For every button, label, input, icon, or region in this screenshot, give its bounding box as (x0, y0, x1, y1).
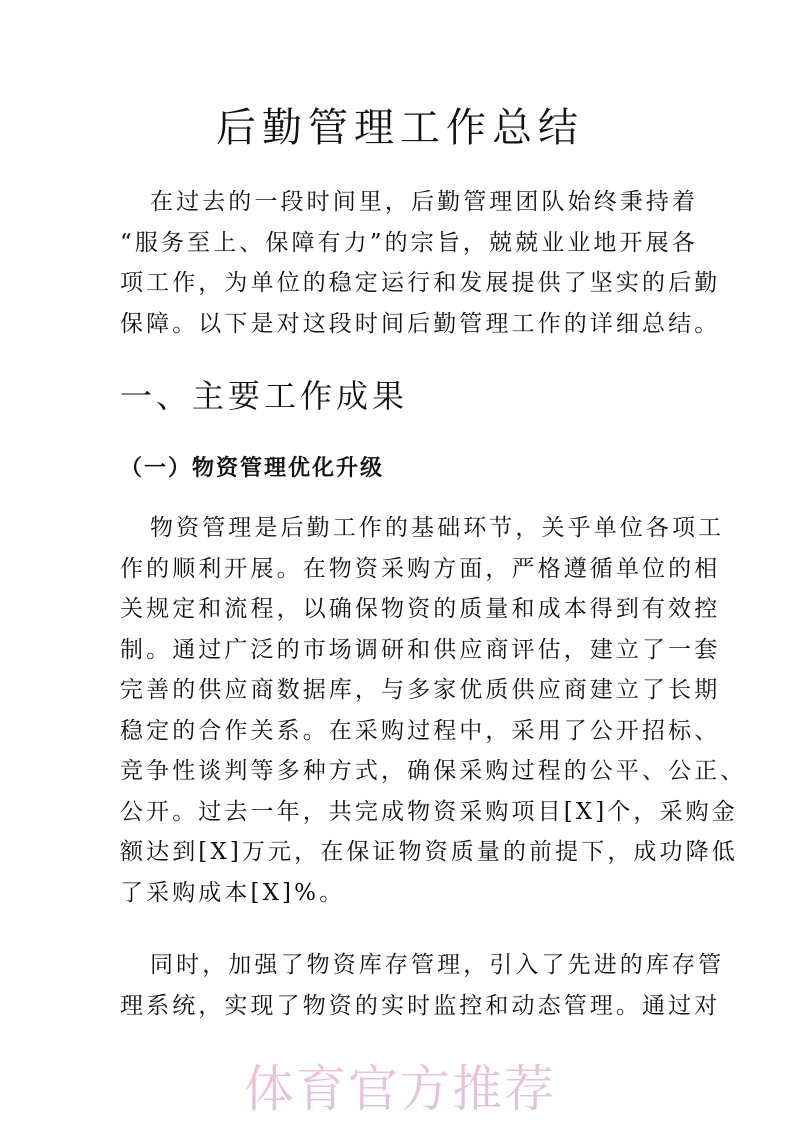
paragraph-line: 稳定的合作关系。在采购过程中，采用了公开招标、 (120, 711, 680, 752)
paragraph-line: 额达到[X]万元，在保证物资质量的前提下，成功降低 (120, 832, 680, 873)
watermark-text: 体育官方推荐 (0, 1054, 800, 1124)
paragraph-line: 作的顺利开展。在物资采购方面，严格遵循单位的相 (120, 549, 680, 590)
paragraph-line: 关规定和流程，以确保物资的质量和成本得到有效控 (120, 589, 680, 630)
intro-line: 项工作，为单位的稳定运行和发展提供了坚实的后勤 (120, 263, 680, 304)
intro-line: 在过去的一段时间里，后勤管理团队始终秉持着 (120, 182, 680, 223)
subsection-heading: （一）物资管理优化升级 (120, 450, 384, 486)
paragraph-line: 制。通过广泛的市场调研和供应商评估，建立了一套 (120, 630, 680, 671)
intro-line: 保障。以下是对这段时间后勤管理工作的详细总结。 (120, 304, 680, 345)
paragraph-line: 理系统，实现了物资的实时监控和动态管理。通过对 (120, 986, 680, 1027)
paragraph-line: 完善的供应商数据库，与多家优质供应商建立了长期 (120, 670, 680, 711)
body-paragraph-2: 同时，加强了物资库存管理，引入了先进的库存管 理系统，实现了物资的实时监控和动态… (120, 945, 680, 1026)
intro-line: “服务至上、保障有力”的宗旨，兢兢业业地开展各 (120, 223, 680, 264)
body-paragraph-1: 物资管理是后勤工作的基础环节，关乎单位各项工 作的顺利开展。在物资采购方面，严格… (120, 508, 680, 913)
paragraph-line: 了采购成本[X]%。 (120, 873, 680, 914)
paragraph-line: 物资管理是后勤工作的基础环节，关乎单位各项工 (120, 508, 680, 549)
paragraph-line: 竞争性谈判等多种方式，确保采购过程的公平、公正、 (120, 751, 680, 792)
intro-paragraph: 在过去的一段时间里，后勤管理团队始终秉持着 “服务至上、保障有力”的宗旨，兢兢业… (120, 182, 680, 344)
document-title: 后勤管理工作总结 (120, 98, 680, 158)
paragraph-line: 公开。过去一年，共完成物资采购项目[X]个，采购金 (120, 792, 680, 833)
paragraph-line: 同时，加强了物资库存管理，引入了先进的库存管 (120, 945, 680, 986)
section-heading: 一、主要工作成果 (120, 372, 408, 420)
